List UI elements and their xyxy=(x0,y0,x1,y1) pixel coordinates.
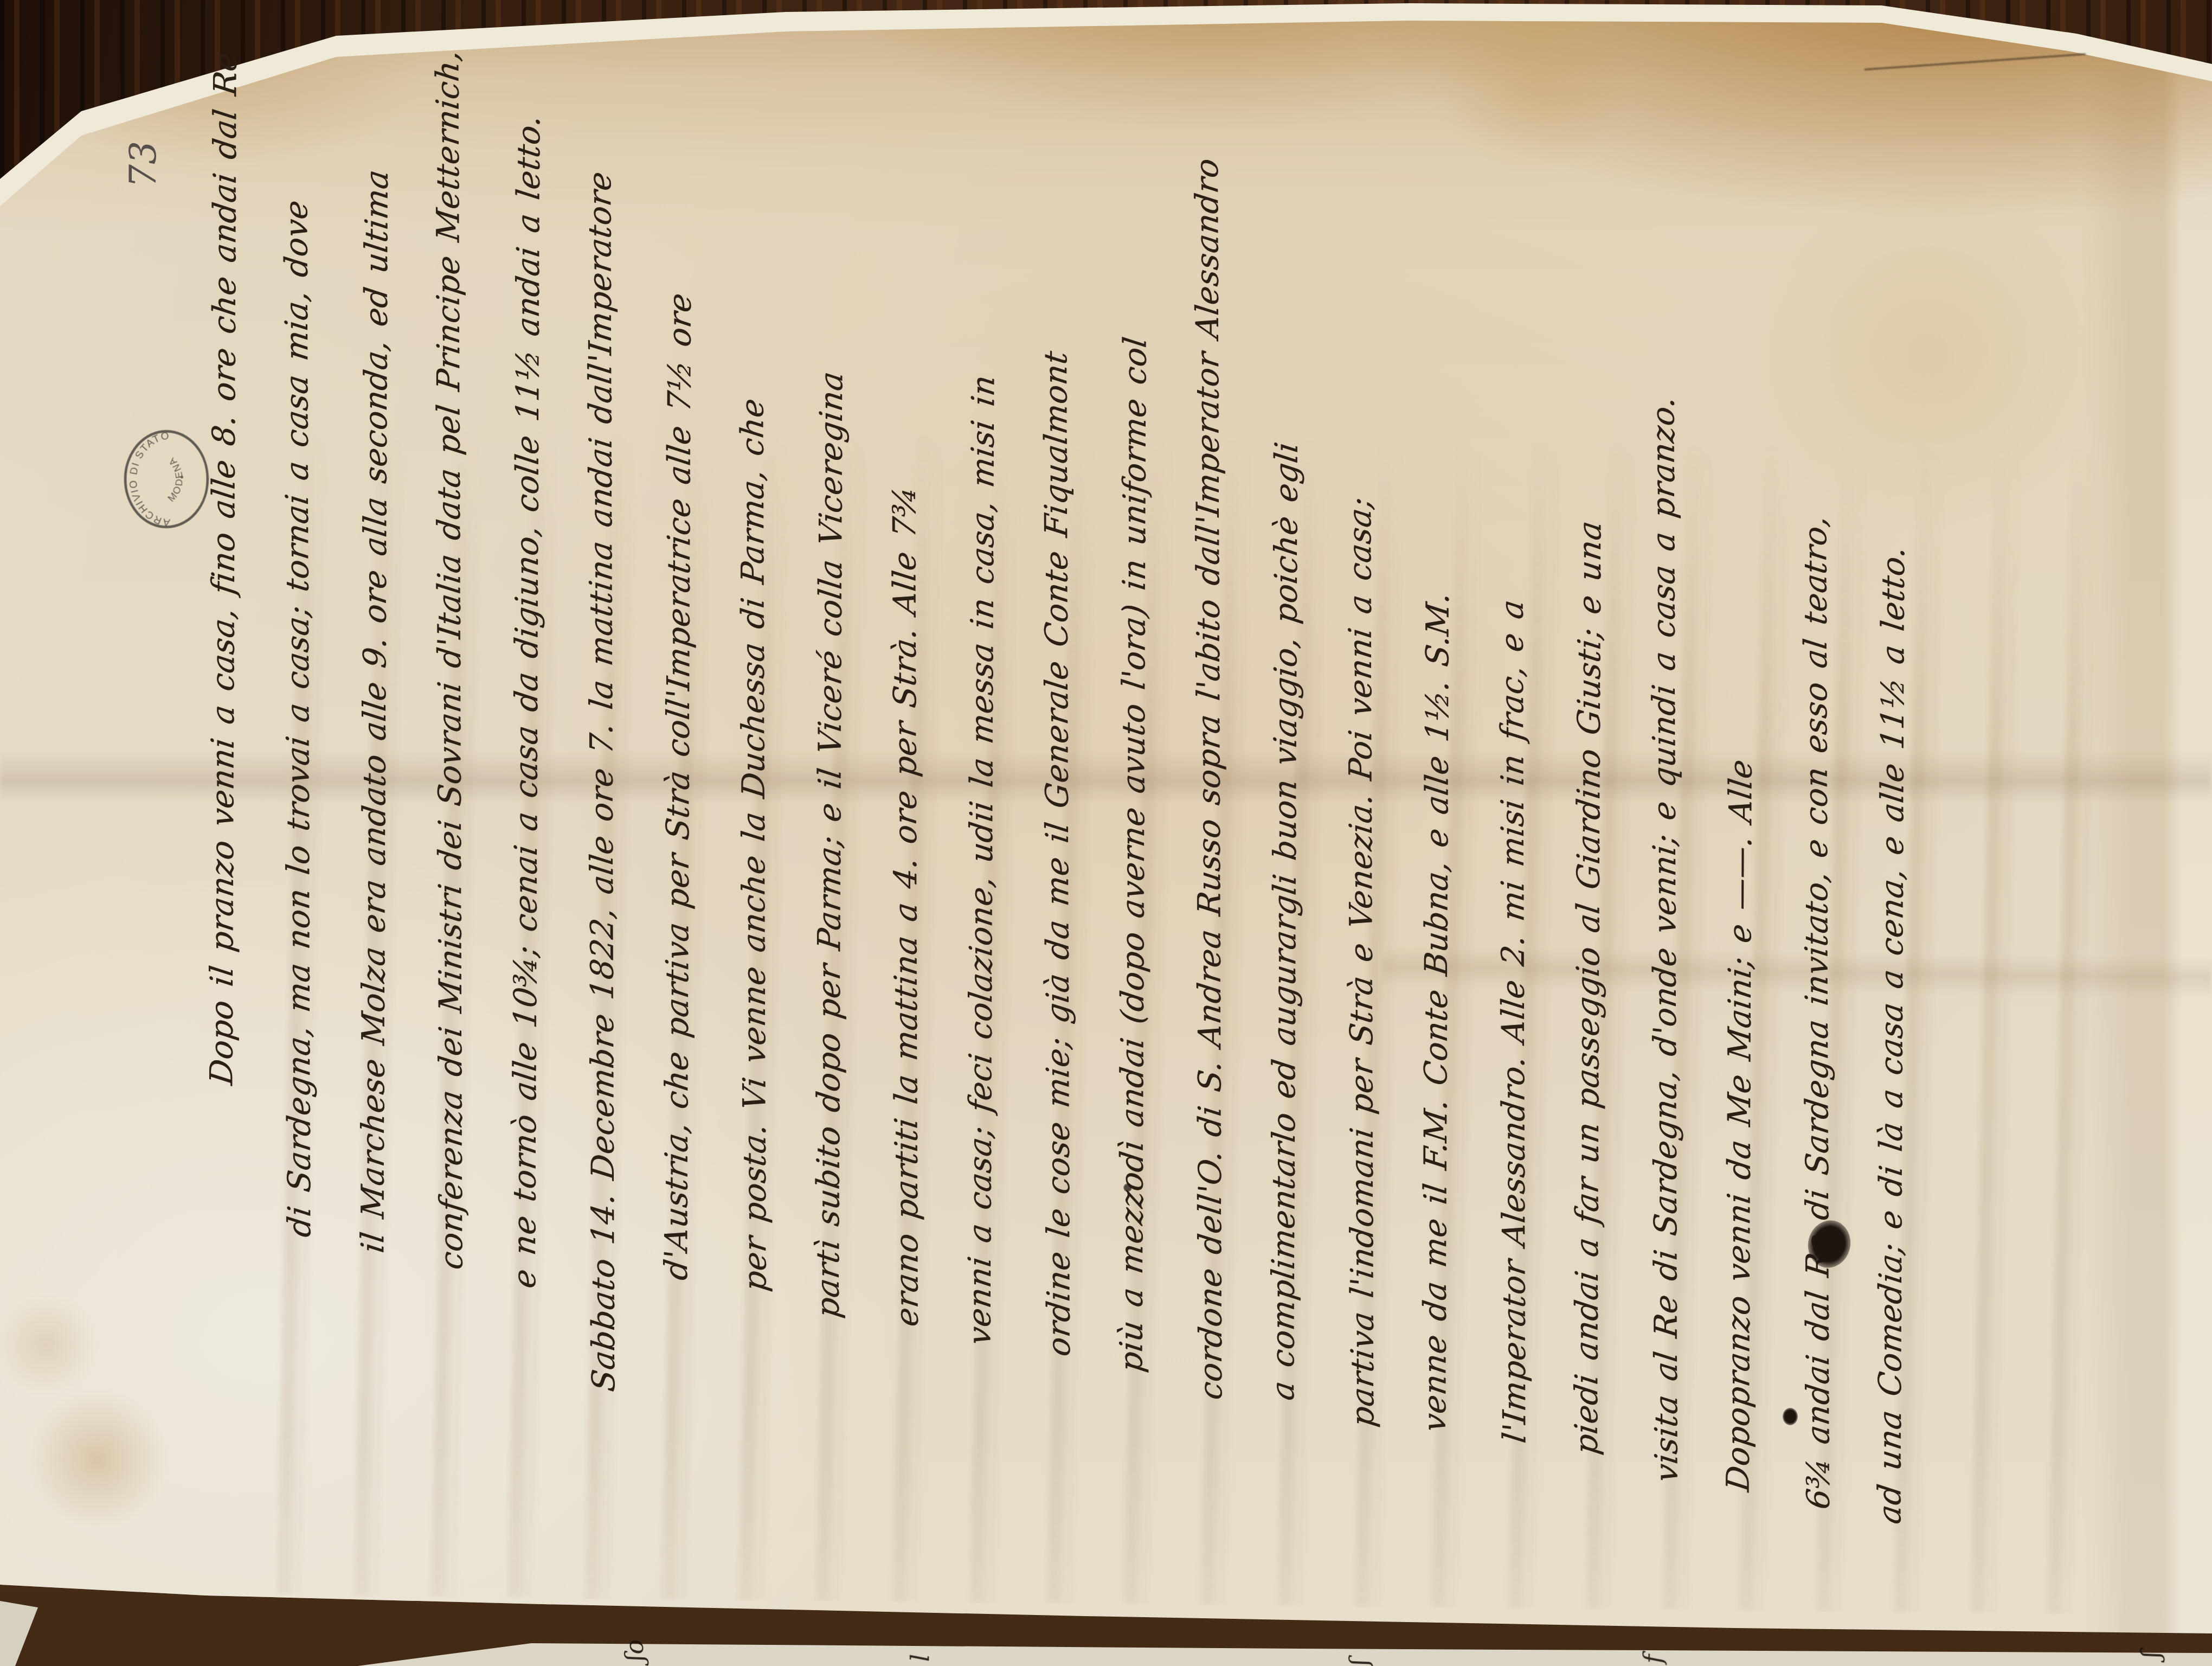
archive-page-number: 73 xyxy=(122,132,171,197)
manuscript-line: partì subito dopo per Parma; e il Viceré… xyxy=(789,93,871,1604)
manuscript-line: Dopo il pranzo venni a casa, fino alle 8… xyxy=(182,93,263,1604)
manuscript-line: l'Imperator Alessandro. Alle 2. mi misi … xyxy=(1472,93,1553,1605)
manuscript-line: ad una Comedia; e di là a casa a cena, e… xyxy=(1851,93,1933,1604)
manuscript-line: erano partiti la mattina a 4. ore per St… xyxy=(865,93,946,1605)
photo-of-manuscript: { "page": { "page_number": "73", "stamp"… xyxy=(0,0,2212,1666)
underpage-ink-fragment: f xyxy=(1638,1654,1668,1663)
manuscript-line: e ne tornò alle 10¾; cenai a casa da dig… xyxy=(485,93,567,1604)
stamp-dot xyxy=(181,476,183,478)
manuscript-line: visita al Re di Sardegna, d'onde venni; … xyxy=(1624,93,1705,1605)
stamp-text-top: ARCHIVIO DI STATO xyxy=(128,430,171,528)
manuscript-line: venni a casa; feci colazione, udii la me… xyxy=(941,93,1023,1604)
manuscript-line: conferenza dei Ministri dei Sovrani d'It… xyxy=(410,93,491,1605)
handwritten-text-block: Dopo il pranzo venni a casa, fino alle 8… xyxy=(184,98,1930,1600)
ink-blot xyxy=(1783,1408,1798,1425)
manuscript-line: per posta. Vi venne anche la Duchessa di… xyxy=(713,93,794,1605)
ink-blot xyxy=(1123,1183,1132,1192)
manuscript-line: a complimentarlo ed augurargli buon viag… xyxy=(1244,93,1326,1604)
manuscript-line: partiva l'indomani per Strà e Venezia. P… xyxy=(1321,93,1401,1605)
archive-stamp: ARCHIVIO DI STATO MODENA xyxy=(121,428,212,531)
manuscript-line: il Marchese Molza era andato alle 9. ore… xyxy=(333,93,415,1604)
manuscript-line: Dopopranzo venni da Me Maini; e ——. Alle xyxy=(1700,93,1782,1604)
underpage-ink-fragment: l xyxy=(905,1654,935,1662)
manuscript-line-date: Sabbato 14. Decembre 1822, alle ore 7. l… xyxy=(562,93,642,1605)
manuscript-line: di Sardegna, ma non lo trovai a casa; to… xyxy=(258,93,339,1605)
manuscript-line: piedi andai a far un passeggio al Giardi… xyxy=(1548,93,1630,1604)
manuscript-line: d'Austria, che partiva per Strà coll'Imp… xyxy=(637,93,719,1604)
manuscript-line: 6¾ andai dal Re di Sardegna invitato, e … xyxy=(1776,93,1857,1605)
underpage-ink-fragment: ʃo xyxy=(620,1639,649,1661)
stamp-text-bottom: MODENA xyxy=(165,454,185,504)
underpage-ink-fragment: ʃ xyxy=(1344,1659,1373,1666)
manuscript-line: ordine le cose mie; già da me il General… xyxy=(1017,93,1098,1605)
manuscript-line: più a mezzodì andai (dopo averne avuto l… xyxy=(1092,93,1174,1604)
underpage-ink-fragment: ʃ xyxy=(2136,1651,2165,1658)
manuscript-line: venne da me il F.M. Conte Bubna, e alle … xyxy=(1396,93,1478,1604)
manuscript-line: cordone dell'O. di S. Andrea Russo sopra… xyxy=(1169,93,1250,1605)
